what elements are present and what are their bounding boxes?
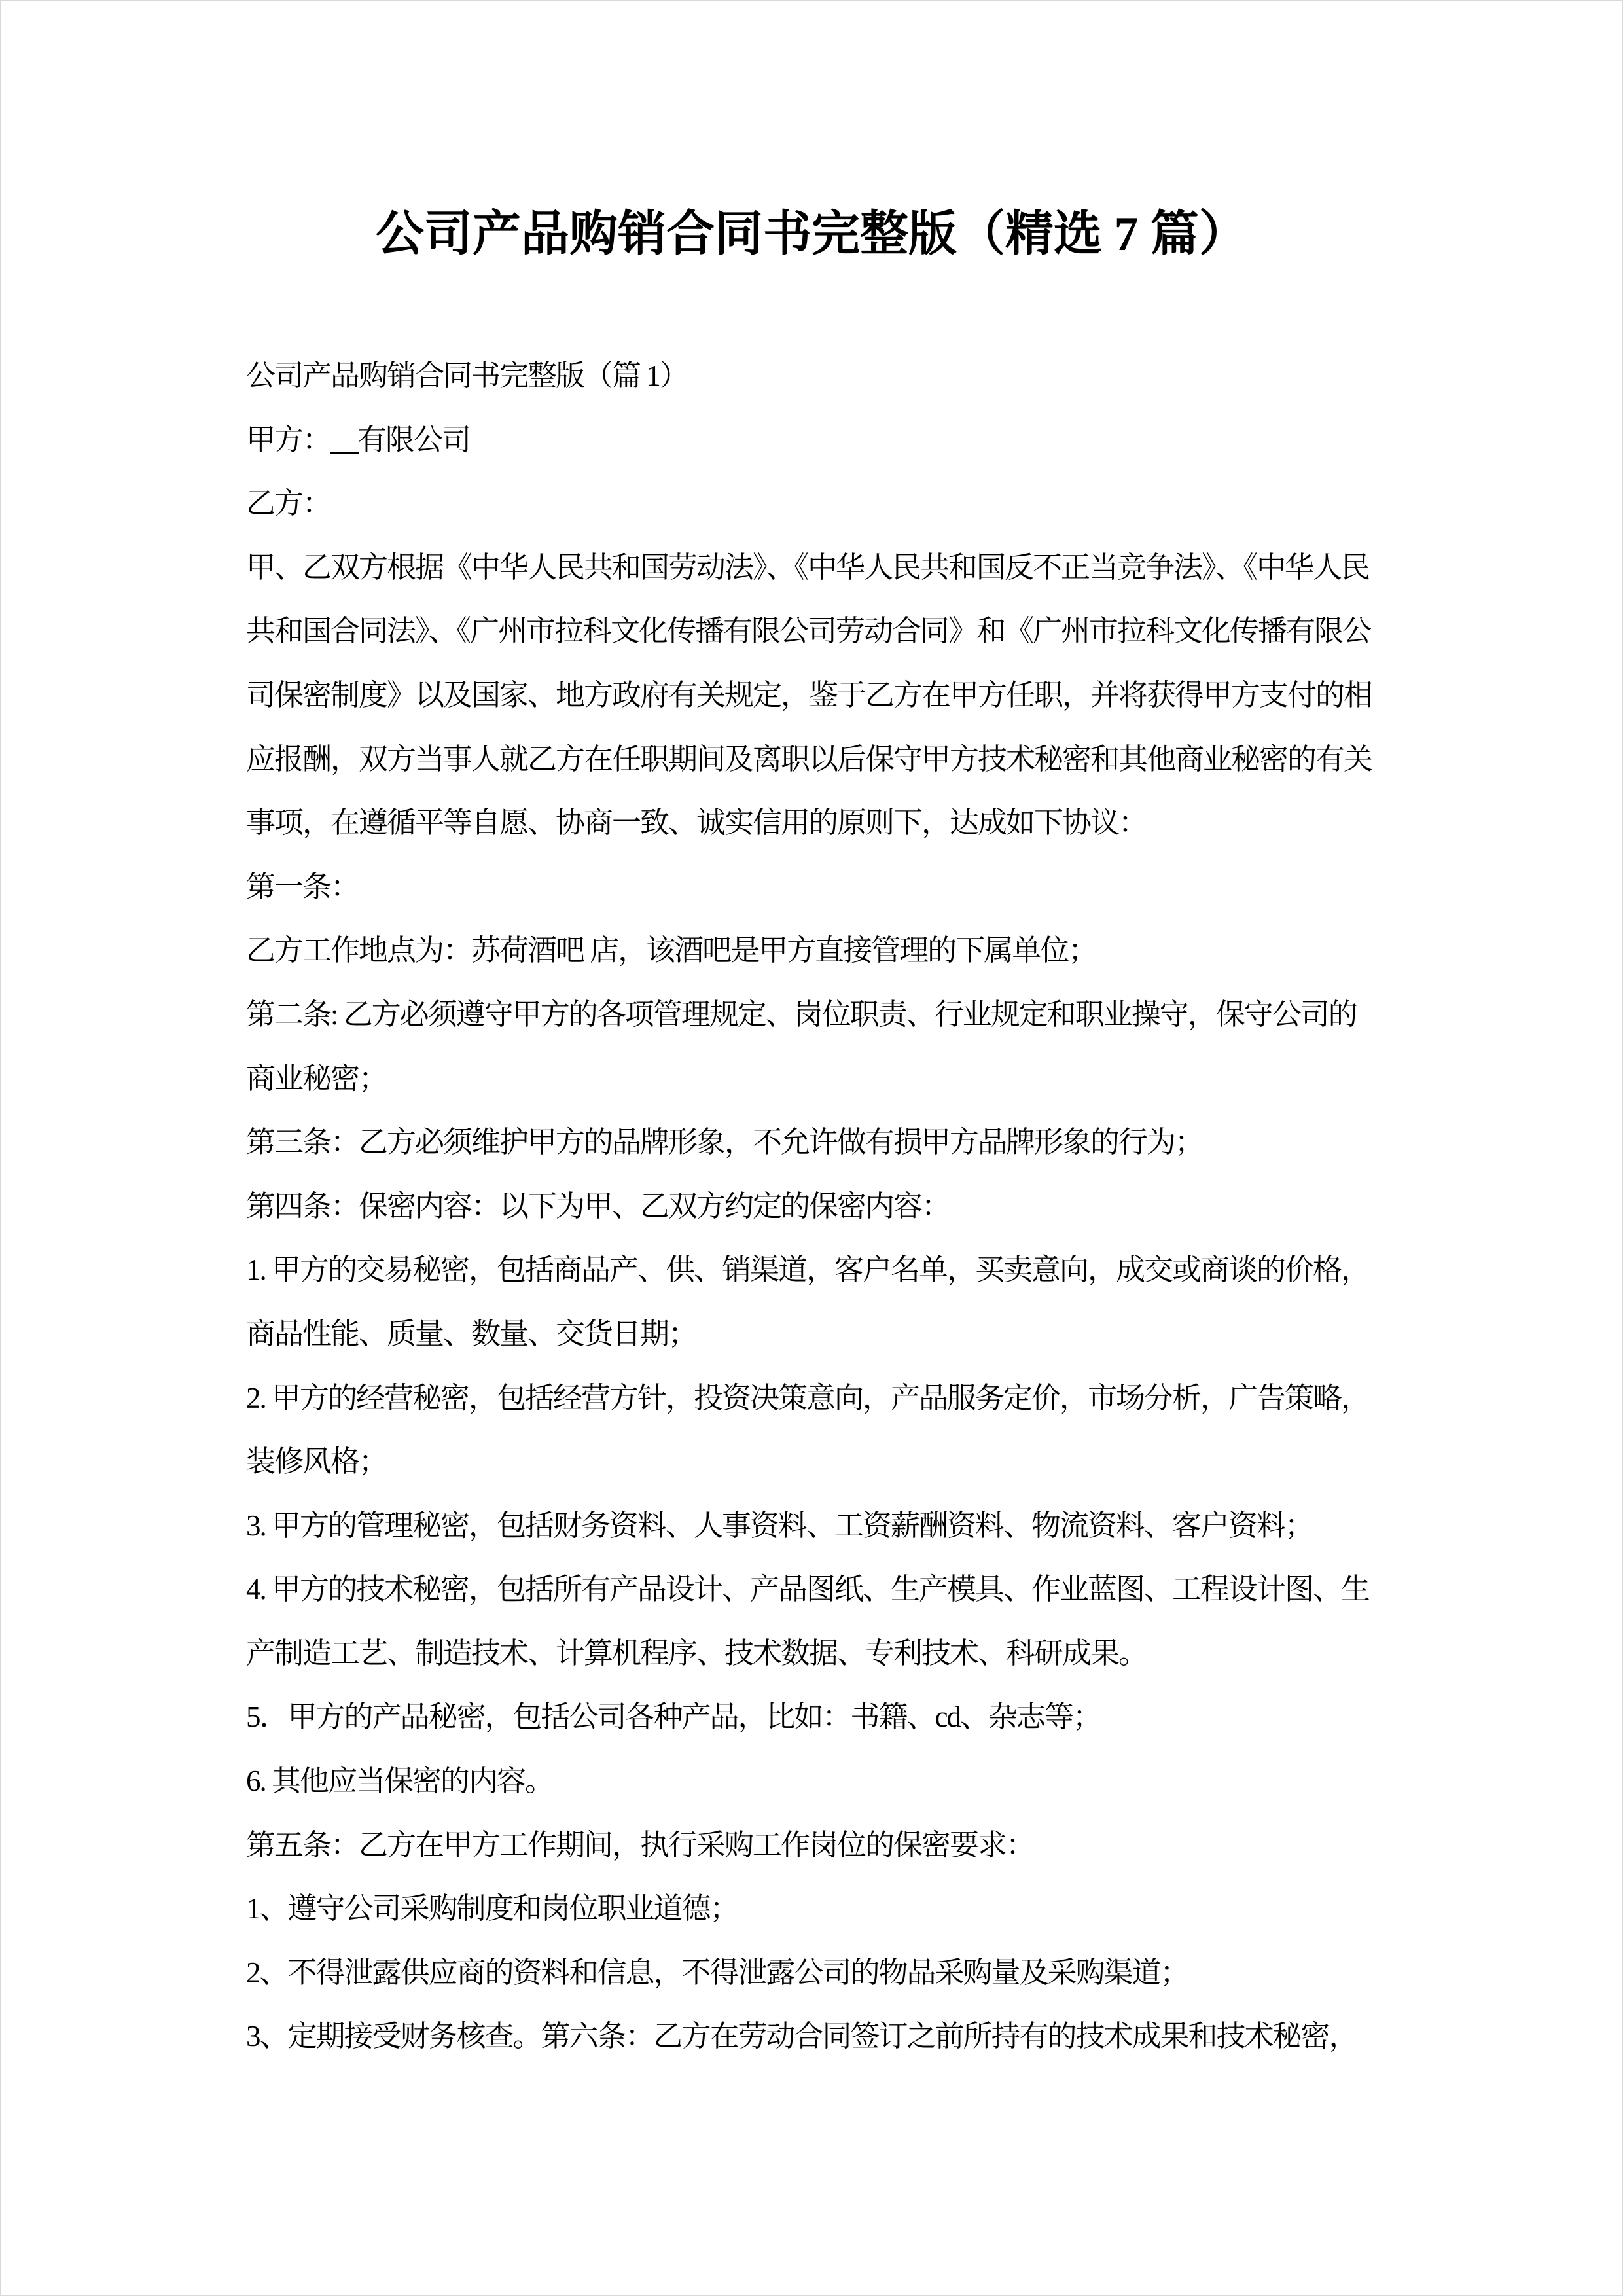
text-line: 2、不得泄露供应商的资料和信息，不得泄露公司的物品采购量及采购渠道； xyxy=(246,1941,1380,2005)
text-line: 司保密制度》以及国家、地方政府有关规定，鉴于乙方在甲方任职，并将获得甲方支付的相 xyxy=(246,664,1380,728)
text-line: 甲方：__有限公司 xyxy=(246,408,1380,473)
text-line: 6. 其他应当保密的内容。 xyxy=(246,1749,1380,1814)
text-line: 第二条: 乙方必须遵守甲方的各项管理规定、岗位职责、行业规定和职业操守，保守公司… xyxy=(246,983,1380,1047)
document-body: 公司产品购销合同书完整版（篇 1）甲方：__有限公司乙方：甲、乙双方根据《中华人… xyxy=(246,344,1380,2069)
text-line: 公司产品购销合同书完整版（篇 1） xyxy=(246,344,1380,408)
text-line: 1. 甲方的交易秘密，包括商品产、供、销渠道，客户名单，买卖意向，成交或商谈的价… xyxy=(246,1238,1380,1302)
text-line: 2. 甲方的经营秘密，包括经营方针，投资决策意向，产品服务定价，市场分析，广告策… xyxy=(246,1367,1380,1431)
text-line: 甲、乙双方根据《中华人民共和国劳动法》、《中华人民共和国反不正当竞争法》、《中华… xyxy=(246,536,1380,600)
text-line: 应报酬，双方当事人就乙方在任职期间及离职以后保守甲方技术秘密和其他商业秘密的有关 xyxy=(246,728,1380,792)
text-line: 5．甲方的产品秘密，包括公司各种产品，比如：书籍、cd、杂志等； xyxy=(246,1685,1380,1749)
text-line: 第五条：乙方在甲方工作期间，执行采购工作岗位的保密要求： xyxy=(246,1814,1380,1878)
text-line: 商业秘密； xyxy=(246,1047,1380,1111)
text-line: 装修风格； xyxy=(246,1430,1380,1494)
text-line: 4. 甲方的技术秘密，包括所有产品设计、产品图纸、生产模具、作业蓝图、工程设计图… xyxy=(246,1558,1380,1622)
text-line: 1、遵守公司采购制度和岗位职业道德； xyxy=(246,1877,1380,1941)
text-line: 第一条： xyxy=(246,855,1380,920)
text-line: 第三条：乙方必须维护甲方的品牌形象，不允许做有损甲方品牌形象的行为； xyxy=(246,1111,1380,1175)
text-line: 事项，在遵循平等自愿、协商一致、诚实信用的原则下，达成如下协议： xyxy=(246,791,1380,855)
document-page: 公司产品购销合同书完整版（精选 7 篇） 公司产品购销合同书完整版（篇 1）甲方… xyxy=(0,0,1623,2296)
text-line: 3. 甲方的管理秘密，包括财务资料、人事资料、工资薪酬资料、物流资料、客户资料； xyxy=(246,1494,1380,1558)
text-line: 商品性能、质量、数量、交货日期； xyxy=(246,1302,1380,1367)
document-title: 公司产品购销合同书完整版（精选 7 篇） xyxy=(1,206,1622,262)
text-line: 3、定期接受财务核查。第六条：乙方在劳动合同签订之前所持有的技术成果和技术秘密， xyxy=(246,2005,1380,2069)
text-line: 第四条：保密内容：以下为甲、乙双方约定的保密内容： xyxy=(246,1175,1380,1239)
text-line: 产制造工艺、制造技术、计算机程序、技术数据、专利技术、科研成果。 xyxy=(246,1622,1380,1686)
text-line: 乙方工作地点为：苏荷酒吧 店，该酒吧是甲方直接管理的下属单位； xyxy=(246,919,1380,983)
text-line: 共和国合同法》、《广州市拉科文化传播有限公司劳动合同》和《广州市拉科文化传播有限… xyxy=(246,600,1380,664)
text-line: 乙方： xyxy=(246,472,1380,536)
